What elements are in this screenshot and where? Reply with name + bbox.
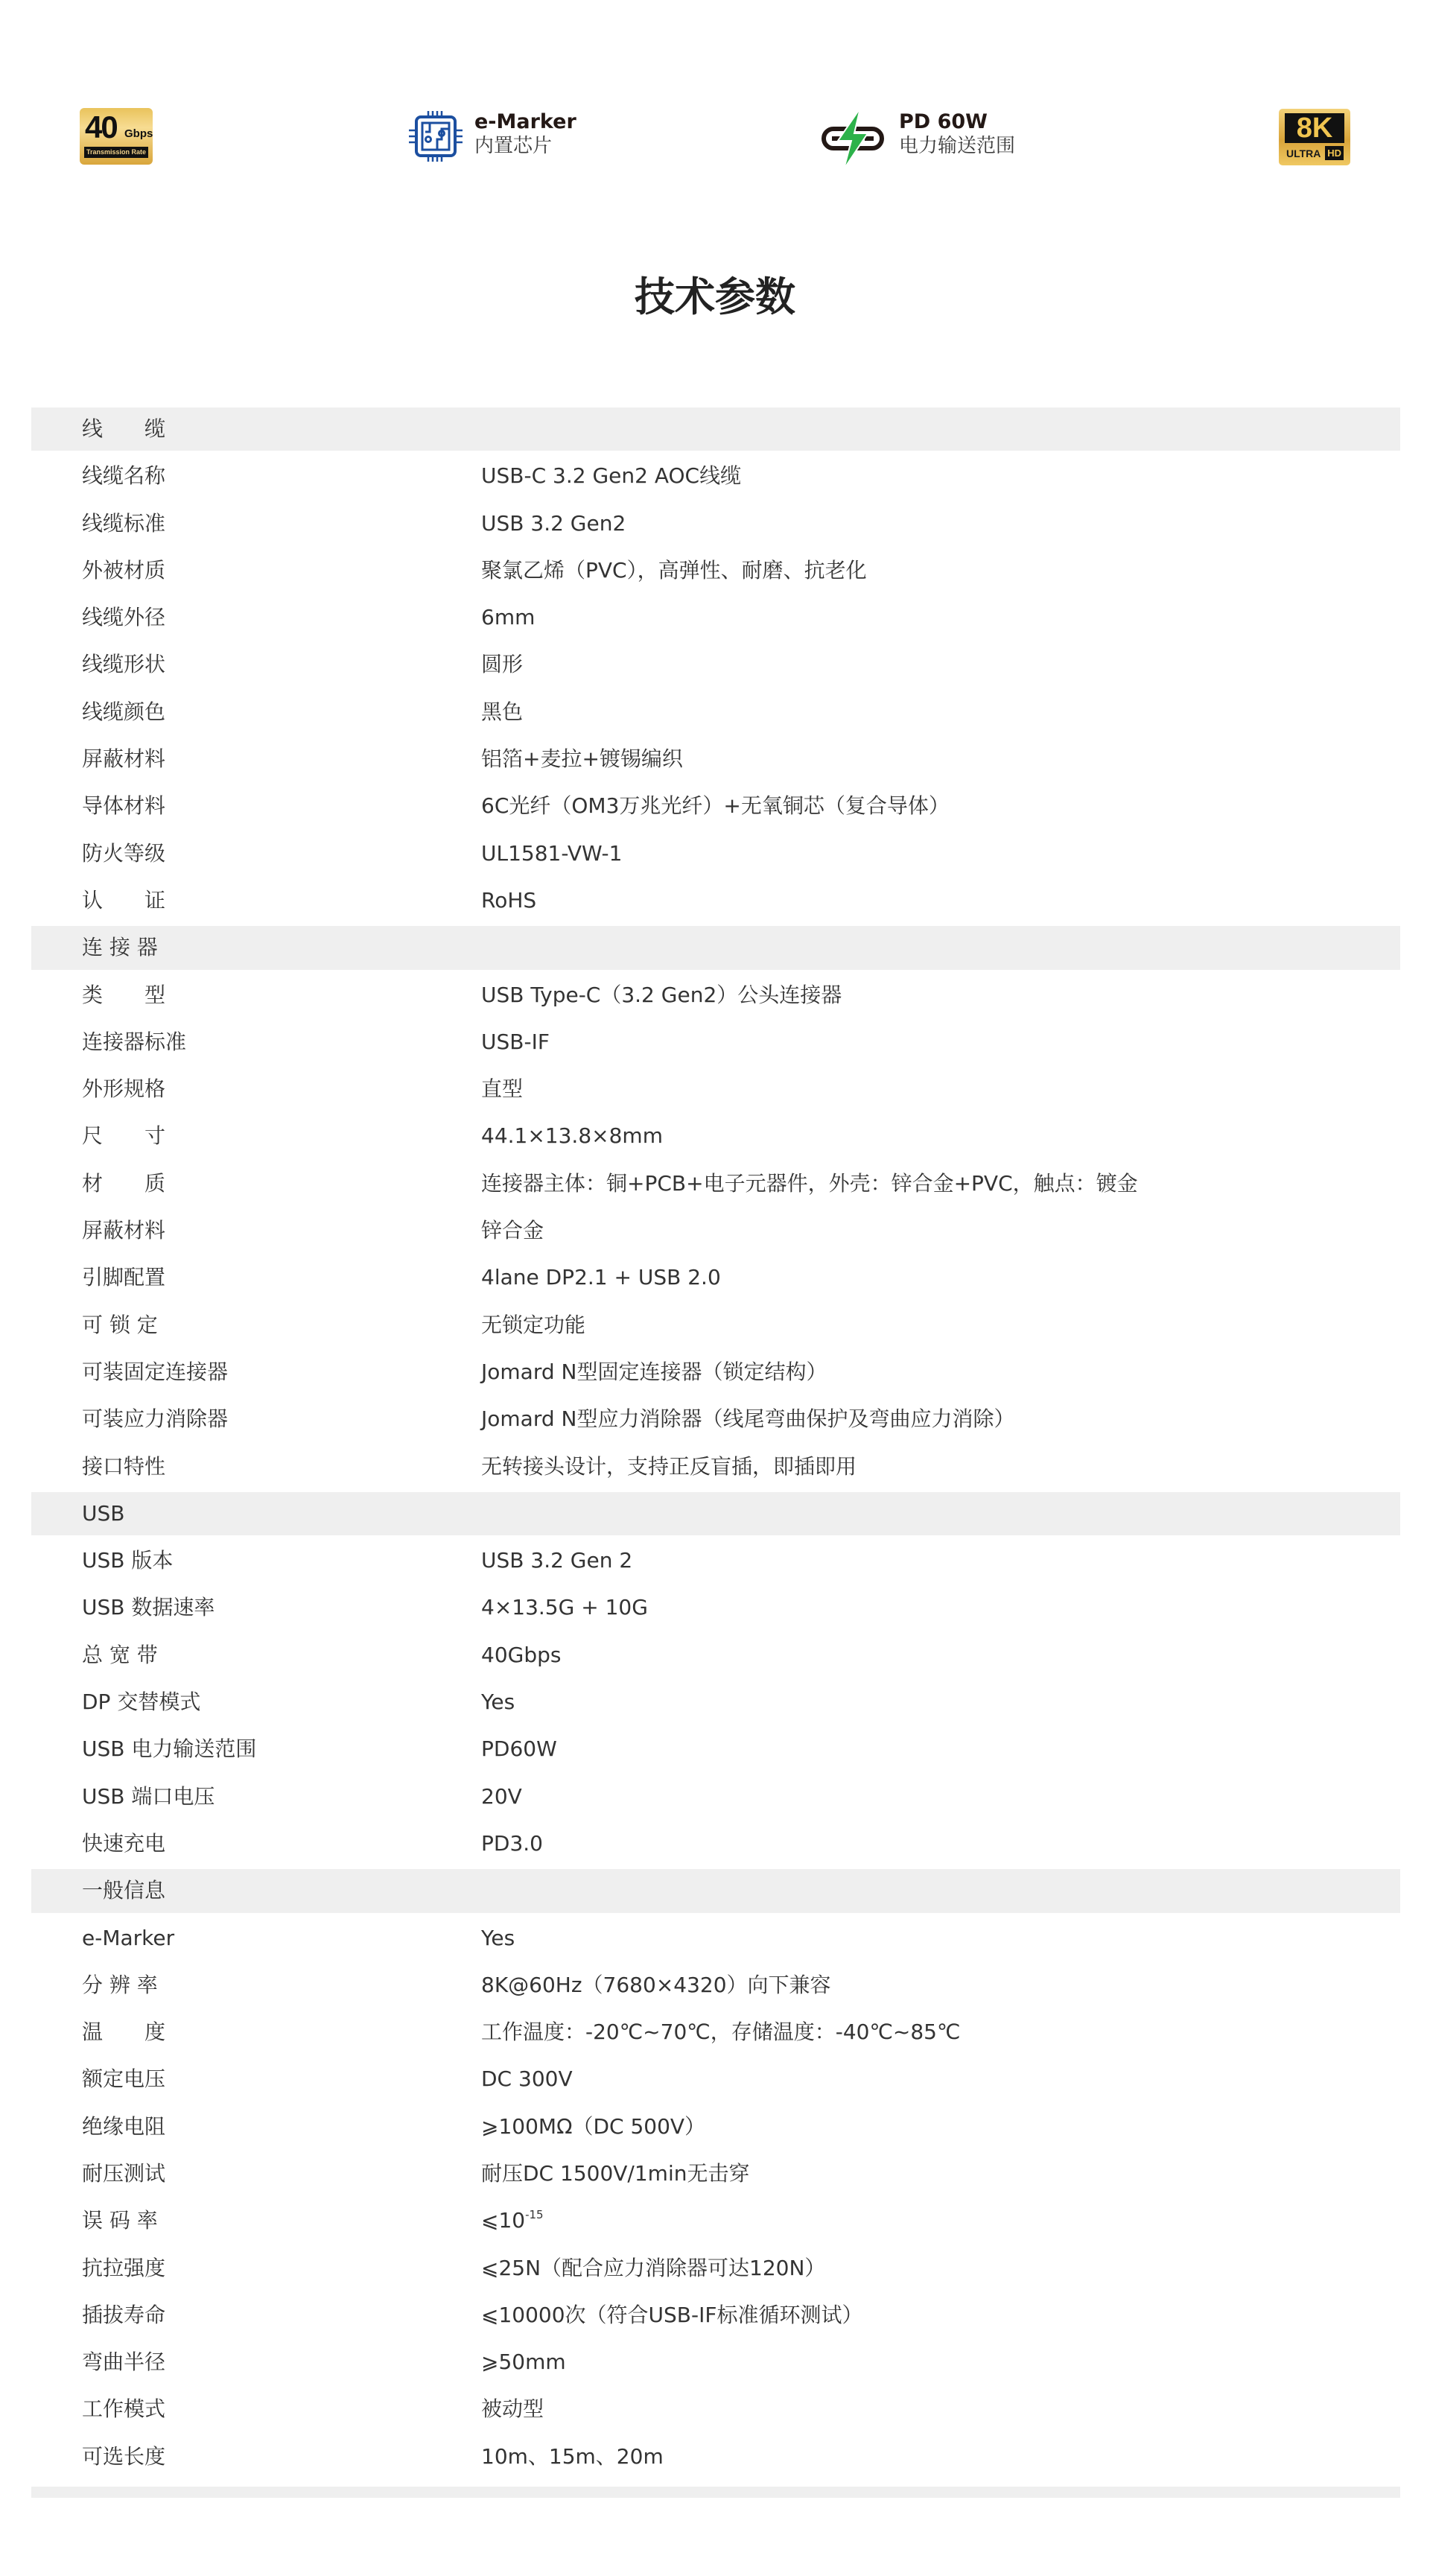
spec-label: 额定电压 (82, 2055, 165, 2102)
spec-label: 插拔寿命 (82, 2291, 165, 2338)
spec-row: USB 端口电压20V (31, 1773, 1400, 1820)
spec-value: 4×13.5G + 10G (481, 1584, 648, 1631)
spec-value: 6C光纤（OM3万兆光纤）+无氧铜芯（复合导体） (481, 782, 950, 829)
spec-value: ⩾50mm (481, 2338, 566, 2385)
spec-value-text: ⩽25N（配合应力消除器可达120N） (481, 2256, 825, 2280)
spec-row: 抗拉强度⩽25N（配合应力消除器可达120N） (31, 2245, 1400, 2291)
spec-value-text: 耐压DC 1500V/1min无击穿 (481, 2161, 749, 2186)
spec-label: 线缆标准 (82, 500, 165, 547)
spec-row: 类 型USB Type-C（3.2 Gen2）公头连接器 (31, 971, 1400, 1018)
spec-value-text: RoHS (481, 888, 536, 913)
spec-label: 线缆颜色 (82, 688, 165, 735)
spec-value-text: 44.1×13.8×8mm (481, 1123, 663, 1148)
spec-row: DP 交替模式Yes (31, 1678, 1400, 1725)
spec-value: DC 300V (481, 2055, 573, 2102)
spec-value: Yes (481, 1914, 515, 1961)
spec-value-text: ⩽10 (481, 2208, 525, 2233)
spec-label: 温 度 (82, 2008, 165, 2055)
emarker-subtitle: 内置芯片 (474, 134, 576, 158)
spec-value-text: USB Type-C（3.2 Gen2）公头连接器 (481, 983, 842, 1007)
spec-row: 可 锁 定无锁定功能 (31, 1301, 1400, 1348)
charging-bolt-icon (822, 108, 884, 169)
spec-value: USB 3.2 Gen2 (481, 500, 626, 547)
spec-value: 20V (481, 1773, 522, 1820)
spec-row: 温 度工作温度：-20℃~70℃，存储温度：-40℃~85℃ (31, 2008, 1400, 2055)
spec-row: 引脚配置4lane DP2.1 + USB 2.0 (31, 1254, 1400, 1301)
spec-value: ⩾100MΩ（DC 500V） (481, 2103, 705, 2150)
spec-label: 耐压测试 (82, 2150, 165, 2197)
spec-value: USB-IF (481, 1018, 550, 1065)
spec-value-text: 圆形 (481, 652, 523, 676)
spec-value: PD60W (481, 1725, 557, 1772)
spec-value-text: USB 3.2 Gen 2 (481, 1548, 632, 1573)
spec-value: 10m、15m、20m (481, 2433, 664, 2480)
spec-row: 防火等级UL1581-VW-1 (31, 830, 1400, 877)
spec-value: 铝箔+麦拉+镀锡编织 (481, 735, 683, 782)
emarker-title: e-Marker (474, 110, 576, 134)
spec-label: 接口特性 (82, 1443, 165, 1490)
spec-value-text: 20V (481, 1784, 522, 1809)
spec-label: 导体材料 (82, 782, 165, 829)
spec-value: USB Type-C（3.2 Gen2）公头连接器 (481, 971, 842, 1018)
spec-value: 锌合金 (481, 1207, 544, 1254)
spec-row: 认 证RoHS (31, 877, 1400, 924)
spec-value: RoHS (481, 877, 536, 924)
section-header: 线 缆 (31, 405, 1400, 452)
8k-label: 8K (1285, 113, 1344, 143)
spec-value-text: 黑色 (481, 699, 523, 724)
spec-value-text: USB 3.2 Gen2 (481, 511, 626, 536)
feature-icons-bar: 40 Gbps Transmission Rate e-Marker 内置芯片 (0, 0, 1430, 194)
pd-title: PD 60W (899, 110, 1015, 134)
spec-row: 线缆标准USB 3.2 Gen2 (31, 500, 1400, 547)
spec-value-text: 8K@60Hz（7680×4320）向下兼容 (481, 1973, 831, 1997)
spec-value-text: UL1581-VW-1 (481, 841, 622, 866)
spec-row: 线缆名称USB-C 3.2 Gen2 AOC线缆 (31, 452, 1400, 499)
spec-label: 屏蔽材料 (82, 735, 165, 782)
spec-value-text: USB-IF (481, 1030, 550, 1054)
spec-label: 工作模式 (82, 2385, 165, 2432)
spec-row: 线缆颜色黑色 (31, 688, 1400, 735)
spec-label: 可 锁 定 (82, 1301, 158, 1348)
spec-value-text: 无转接头设计，支持正反盲插，即插即用 (481, 1454, 857, 1479)
spec-row: 额定电压DC 300V (31, 2055, 1400, 2102)
hd-label: HD (1325, 146, 1344, 160)
spec-row: 线缆形状圆形 (31, 641, 1400, 688)
spec-label: USB 电力输送范围 (82, 1725, 256, 1772)
spec-value: 聚氯乙烯（PVC），高弹性、耐磨、抗老化 (481, 547, 867, 594)
spec-value-text: 4lane DP2.1 + USB 2.0 (481, 1265, 721, 1289)
spec-row: 绝缘电阻⩾100MΩ（DC 500V） (31, 2103, 1400, 2150)
spec-value-text: 4×13.5G + 10G (481, 1595, 648, 1619)
spec-value: 4lane DP2.1 + USB 2.0 (481, 1254, 721, 1301)
section-title: USB (82, 1490, 124, 1537)
emarker-feature: e-Marker 内置芯片 (474, 110, 576, 158)
spec-label: 可选长度 (82, 2433, 165, 2480)
spec-value-text: PD60W (481, 1736, 557, 1761)
spec-value-text: 直型 (481, 1076, 523, 1101)
spec-label: 引脚配置 (82, 1254, 165, 1301)
spec-value-text: 工作温度：-20℃~70℃，存储温度：-40℃~85℃ (481, 2020, 960, 2044)
chip-icon (407, 108, 464, 165)
spec-row: 可装应力消除器Jomard N型应力消除器（线尾弯曲保护及弯曲应力消除） (31, 1395, 1400, 1442)
spec-row: USB 数据速率4×13.5G + 10G (31, 1584, 1400, 1631)
spec-value: ⩽10000次（符合USB-IF标准循环测试） (481, 2291, 862, 2338)
spec-value: 无转接头设计，支持正反盲插，即插即用 (481, 1443, 857, 1490)
spec-row: 接口特性无转接头设计，支持正反盲插，即插即用 (31, 1443, 1400, 1490)
spec-value: 6mm (481, 594, 535, 641)
spec-row: USB 电力输送范围PD60W (31, 1725, 1400, 1772)
spec-row: 插拔寿命⩽10000次（符合USB-IF标准循环测试） (31, 2291, 1400, 2338)
8k-badge-icon: 8K ULTRA HD (1279, 109, 1350, 165)
spec-value: 连接器主体：铜+PCB+电子元器件，外壳：锌合金+PVC，触点：镀金 (481, 1160, 1138, 1207)
spec-label: 外被材质 (82, 547, 165, 594)
spec-label: 误 码 率 (82, 2197, 158, 2244)
spec-row: 分 辨 率8K@60Hz（7680×4320）向下兼容 (31, 1961, 1400, 2008)
spec-label: USB 版本 (82, 1537, 173, 1584)
speed-unit: Gbps (124, 127, 153, 140)
spec-label: 线缆形状 (82, 641, 165, 688)
spec-label: 材 质 (82, 1160, 165, 1207)
spec-value-text: DC 300V (481, 2066, 573, 2091)
section-title: 连 接 器 (82, 924, 158, 971)
spec-value: 40Gbps (481, 1631, 561, 1678)
spec-label: 弯曲半径 (82, 2338, 165, 2385)
spec-value-text: USB-C 3.2 Gen2 AOC线缆 (481, 463, 741, 488)
spec-value: USB-C 3.2 Gen2 AOC线缆 (481, 452, 741, 499)
spec-row: 可选长度10m、15m、20m (31, 2433, 1400, 2480)
spec-value: 圆形 (481, 641, 523, 688)
spec-label: 外形规格 (82, 1065, 165, 1112)
spec-label: 线缆名称 (82, 452, 165, 499)
spec-row: 工作模式被动型 (31, 2385, 1400, 2432)
spec-value: 耐压DC 1500V/1min无击穿 (481, 2150, 749, 2197)
spec-label: 抗拉强度 (82, 2245, 165, 2291)
section-title: 线 缆 (82, 405, 165, 452)
spec-value: Jomard N型固定连接器（锁定结构） (481, 1348, 827, 1395)
spec-label: 快速充电 (82, 1820, 165, 1867)
speed-caption: Transmission Rate (84, 147, 148, 158)
spec-row: 外形规格直型 (31, 1065, 1400, 1112)
spec-label: 绝缘电阻 (82, 2103, 165, 2150)
spec-row: e-MarkerYes (31, 1914, 1400, 1961)
spec-row: 连接器标准USB-IF (31, 1018, 1400, 1065)
spec-value: 无锁定功能 (481, 1301, 585, 1348)
spec-label: 防火等级 (82, 830, 165, 877)
spec-value: 黑色 (481, 688, 523, 735)
spec-value: PD3.0 (481, 1820, 543, 1867)
spec-row: 弯曲半径⩾50mm (31, 2338, 1400, 2385)
spec-value-text: 铝箔+麦拉+镀锡编织 (481, 746, 683, 771)
spec-row: 误 码 率⩽10-15 (31, 2197, 1400, 2244)
spec-value-text: 40Gbps (481, 1643, 561, 1667)
spec-value-text: Yes (481, 1926, 515, 1950)
spec-value: 直型 (481, 1065, 523, 1112)
spec-value-text: ⩾100MΩ（DC 500V） (481, 2114, 705, 2139)
ultra-label: ULTRA (1286, 147, 1321, 160)
spec-label: USB 端口电压 (82, 1773, 214, 1820)
section-header: USB (31, 1490, 1400, 1537)
spec-label: 线缆外径 (82, 594, 165, 641)
spec-label: 分 辨 率 (82, 1961, 158, 2008)
spec-row: 线缆外径6mm (31, 594, 1400, 641)
spec-row: 总 宽 带40Gbps (31, 1631, 1400, 1678)
spec-value-text: 6C光纤（OM3万兆光纤）+无氧铜芯（复合导体） (481, 793, 950, 818)
spec-row: 尺 寸44.1×13.8×8mm (31, 1112, 1400, 1159)
spec-row: 快速充电PD3.0 (31, 1820, 1400, 1867)
pd-subtitle: 电力输送范围 (899, 134, 1015, 158)
spec-value: USB 3.2 Gen 2 (481, 1537, 632, 1584)
spec-row: 屏蔽材料锌合金 (31, 1207, 1400, 1254)
spec-row: 材 质连接器主体：铜+PCB+电子元器件，外壳：锌合金+PVC，触点：镀金 (31, 1160, 1400, 1207)
spec-value-text: 6mm (481, 605, 535, 629)
spec-value-text: Yes (481, 1690, 515, 1714)
spec-label: DP 交替模式 (82, 1678, 200, 1725)
spec-value-text: 锌合金 (481, 1218, 544, 1243)
spec-value: 被动型 (481, 2385, 544, 2432)
spec-value: ⩽10-15 (481, 2197, 544, 2244)
spec-label: e-Marker (82, 1914, 174, 1961)
spec-value-text: Jomard N型固定连接器（锁定结构） (481, 1360, 827, 1384)
speed-badge-icon: 40 Gbps Transmission Rate (80, 108, 153, 165)
spec-value: Jomard N型应力消除器（线尾弯曲保护及弯曲应力消除） (481, 1395, 1014, 1442)
spec-row: 外被材质聚氯乙烯（PVC），高弹性、耐磨、抗老化 (31, 547, 1400, 594)
spec-label: 类 型 (82, 971, 165, 1018)
spec-value: 工作温度：-20℃~70℃，存储温度：-40℃~85℃ (481, 2008, 960, 2055)
spec-value-text: PD3.0 (481, 1831, 543, 1856)
spec-value-text: ⩽10000次（符合USB-IF标准循环测试） (481, 2303, 862, 2327)
pd-feature: PD 60W 电力输送范围 (899, 110, 1015, 158)
section-header: 连 接 器 (31, 924, 1400, 971)
spec-value-text: 10m、15m、20m (481, 2444, 664, 2469)
spec-value: Yes (481, 1678, 515, 1725)
spec-value: 44.1×13.8×8mm (481, 1112, 663, 1159)
spec-value-text: ⩾50mm (481, 2350, 566, 2374)
spec-row: 导体材料6C光纤（OM3万兆光纤）+无氧铜芯（复合导体） (31, 782, 1400, 829)
speed-number: 40 (85, 111, 117, 144)
spec-label: 可装固定连接器 (82, 1348, 228, 1395)
spec-value-text: 连接器主体：铜+PCB+电子元器件，外壳：锌合金+PVC，触点：镀金 (481, 1171, 1138, 1196)
spec-label: 总 宽 带 (82, 1631, 158, 1678)
spec-label: 尺 寸 (82, 1112, 165, 1159)
spec-row: 可装固定连接器Jomard N型固定连接器（锁定结构） (31, 1348, 1400, 1395)
spec-label: USB 数据速率 (82, 1584, 214, 1631)
spec-value: 8K@60Hz（7680×4320）向下兼容 (481, 1961, 831, 2008)
spec-label: 可装应力消除器 (82, 1395, 228, 1442)
spec-label: 屏蔽材料 (82, 1207, 165, 1254)
spec-value: UL1581-VW-1 (481, 830, 622, 877)
spec-value-text: 被动型 (481, 2396, 544, 2421)
spec-value: ⩽25N（配合应力消除器可达120N） (481, 2245, 825, 2291)
spec-row: 屏蔽材料铝箔+麦拉+镀锡编织 (31, 735, 1400, 782)
spec-value-text: 无锁定功能 (481, 1313, 585, 1337)
page-title: 技术参数 (0, 271, 1430, 323)
spec-value-exponent: -15 (525, 2208, 544, 2221)
spec-table: 线 缆线缆名称USB-C 3.2 Gen2 AOC线缆线缆标准USB 3.2 G… (31, 405, 1400, 2480)
spec-value-text: 聚氯乙烯（PVC），高弹性、耐磨、抗老化 (481, 558, 867, 583)
spec-row: 耐压测试耐压DC 1500V/1min无击穿 (31, 2150, 1400, 2197)
spec-row: USB 版本USB 3.2 Gen 2 (31, 1537, 1400, 1584)
table-bottom-bar (31, 2487, 1400, 2498)
spec-label: 认 证 (82, 877, 165, 924)
section-title: 一般信息 (82, 1867, 165, 1914)
spec-value-text: Jomard N型应力消除器（线尾弯曲保护及弯曲应力消除） (481, 1406, 1014, 1431)
spec-label: 连接器标准 (82, 1018, 186, 1065)
section-header: 一般信息 (31, 1867, 1400, 1914)
